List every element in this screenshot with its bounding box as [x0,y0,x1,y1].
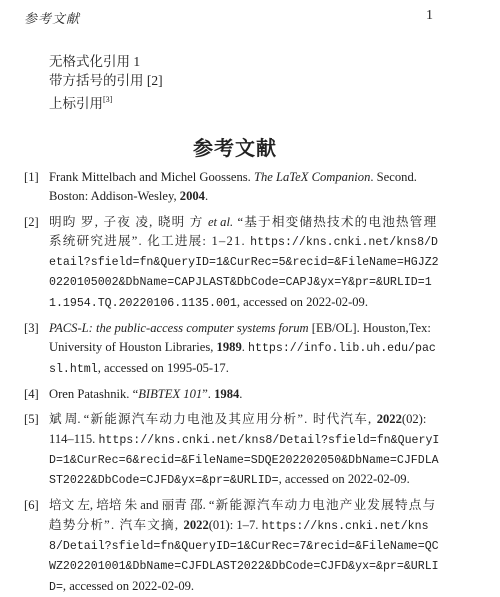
section-title: 参考文献 [0,132,470,161]
reference-number: [6] [24,496,39,515]
reference-accessed: , accessed on 1995-05-17. [98,361,229,375]
running-header-title: 参考文献 [24,8,80,27]
reference-title: BIBTEX 101 [138,387,202,401]
reference-title: The LaTeX Companion [254,170,370,184]
page-number: 1 [426,8,433,24]
reference-accessed: , accessed on 2022-02-09. [63,579,194,593]
reference-title: “新能源汽车动力电池及其应用分析”. 时代汽车, [84,412,377,426]
reference-item: [4] Oren Patashnik. “BIBTEX 101”. 1984. [24,385,440,404]
reference-number: [2] [24,213,39,232]
reference-item: [5] 斌 周. “新能源汽车动力电池及其应用分析”. 时代汽车, 2022(0… [24,410,440,490]
superscript-mark[interactable]: [3] [103,95,112,104]
citation-examples: 无格式化引用 1 带方括号的引用 [2] 上标引用[3] [49,52,163,113]
reference-item: [1] Frank Mittelbach and Michel Goossens… [24,168,440,207]
reference-item: [2] 明昀 罗, 子夜 凌, 晓明 方 et al. “基于相变储热技术的电池… [24,213,440,313]
reference-authors: 斌 周. [49,412,84,426]
reference-number: [4] [24,385,39,404]
superscript-citation: 上标引用[3] [49,90,163,113]
reference-pages: (01): 1–7. [209,518,262,532]
reference-accessed: , accessed on 2022-02-09. [279,472,410,486]
reference-year: 1989 [217,340,242,354]
reference-accessed: , accessed on 2022-02-09. [237,295,368,309]
reference-list: [1] Frank Mittelbach and Michel Goossens… [24,168,440,597]
reference-number: [5] [24,410,39,429]
reference-item: [6] 培文 左, 培培 朱 and 丽青 邵. “新能源汽车动力电池产业发展特… [24,496,440,596]
reference-authors: Oren Patashnik. “ [49,387,138,401]
reference-item: [3] PACS-L: the public-access computer s… [24,319,440,379]
superscript-citation-text: 上标引用 [49,96,103,111]
reference-authors: 培文 左, 培培 朱 and 丽青 邵. [49,498,209,512]
reference-quote-end: ”. [202,387,214,401]
reference-year: 2022 [184,518,209,532]
reference-year: 2022 [377,412,402,426]
reference-end: . [205,189,208,203]
reference-year: 1984 [214,387,239,401]
plain-citation: 无格式化引用 1 [49,52,163,71]
reference-authors: Frank Mittelbach and Michel Goossens. [49,170,254,184]
reference-number: [3] [24,319,39,338]
reference-number: [1] [24,168,39,187]
reference-title: PACS-L: the public-access computer syste… [49,321,309,335]
reference-year: 2004 [180,189,205,203]
bracket-citation: 带方括号的引用 [2] [49,71,163,90]
reference-end: . [239,387,242,401]
reference-etal: et al. [208,215,233,229]
reference-authors: 明昀 罗, 子夜 凌, 晓明 方 [49,215,208,229]
